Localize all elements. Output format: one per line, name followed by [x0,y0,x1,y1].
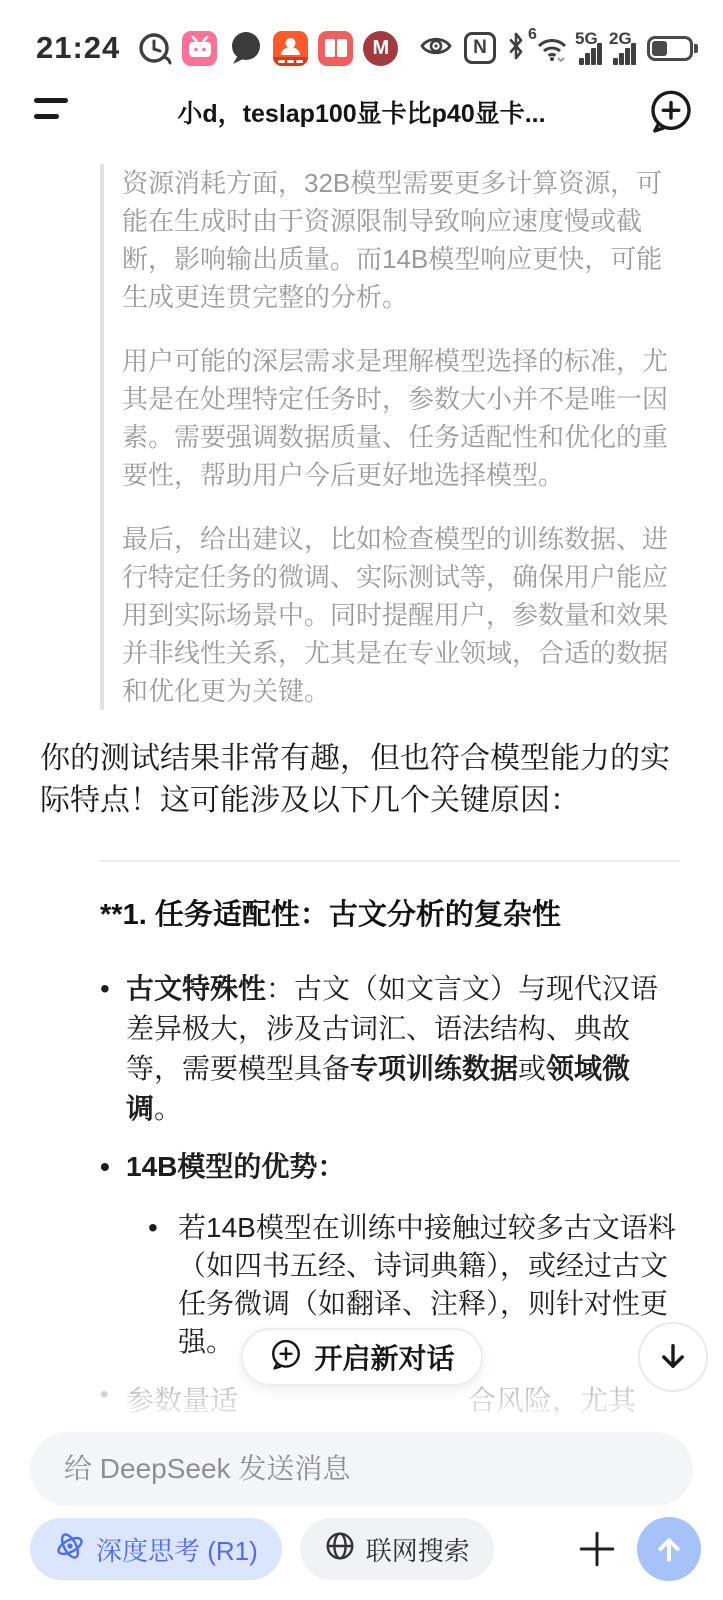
reasoning-paragraph: 用户可能的深层需求是理解模型选择的标准，尤其是在处理特定任务时，参数大小并不是唯… [122,342,678,494]
bullet-marker: • [100,969,126,1129]
new-chat-bubble-icon [268,1338,302,1377]
reasoning-paragraph: 资源消耗方面，32B模型需要更多计算资源，可能在生成时由于资源限制导致响应速度慢… [122,164,678,316]
section-divider [100,860,680,862]
delivery-app-icon [273,31,308,66]
list-item: • 古文特殊性：古文（如文言文）与现代汉语差异极大，涉及古词汇、语法结构、典故等… [100,969,680,1129]
answer-intro: 你的测试结果非常有趣，但也符合模型能力的实际特点！这可能涉及以下几个关键原因： [40,738,680,822]
menu-icon[interactable] [34,98,72,128]
plus-icon [576,1528,618,1570]
conversation-title: 小d，teslap100显卡比p40显卡... [100,94,623,130]
web-search-toggle[interactable]: 联网搜索 [300,1518,494,1580]
app-header: 小d，teslap100显卡比p40显卡... [0,80,723,148]
reasoning-block: 资源消耗方面，32B模型需要更多计算资源，可能在生成时由于资源限制导致响应速度慢… [100,164,678,710]
wifi-badge: 6 [528,26,537,44]
eye-icon [419,34,453,63]
system-status-icons: N 6 5G 2G [419,30,693,67]
nfc-icon: N [464,32,496,64]
composer-toolbar: 深度思考 (R1) 联网搜索 [30,1516,701,1582]
signal-5g-icon: 5G [579,31,602,65]
screen-time-icon [136,30,172,66]
atom-icon [54,1530,86,1569]
deep-think-label: 深度思考 (R1) [96,1531,258,1568]
messages-app-icon [227,30,263,66]
attach-plus-button[interactable] [575,1527,619,1571]
section-heading: **1. 任务适配性：古文分析的复杂性 [100,892,680,933]
arrow-up-icon [653,1533,685,1565]
globe-icon [324,1530,356,1569]
list-item-text: 古文特殊性：古文（如文言文）与现代汉语差异极大，涉及古词汇、语法结构、典故等，需… [126,969,680,1129]
new-conversation-button[interactable]: 开启新对话 [240,1328,482,1386]
list-item-text: 14B模型的优势： [126,1147,345,1187]
message-input[interactable] [30,1432,693,1506]
clock-time: 21:24 [36,30,120,66]
bank-app-icon: M [363,31,398,66]
message-input-container [30,1432,693,1506]
wifi-icon: 6 [536,30,568,67]
book-app-icon [318,31,353,66]
bullet-marker: • [100,1147,126,1187]
battery-icon [647,36,693,61]
arrow-down-icon [656,1340,690,1374]
scroll-to-bottom-button[interactable] [638,1322,708,1392]
chat-scroll-area[interactable]: 资源消耗方面，32B模型需要更多计算资源，可能在生成时由于资源限制导致响应速度慢… [0,148,723,1419]
new-chat-icon[interactable] [647,88,695,136]
status-bar: 21:24 M N 6 5G 2G [0,0,723,80]
reasoning-paragraph: 最后，给出建议，比如检查模型的训练数据、进行特定任务的微调、实际测试等，确保用户… [122,520,678,710]
deep-think-toggle[interactable]: 深度思考 (R1) [30,1518,282,1580]
new-conversation-label: 开启新对话 [314,1337,454,1377]
list-item: • 14B模型的优势： [100,1147,680,1187]
bluetooth-icon [507,32,525,65]
notification-icons: M [136,30,398,66]
floating-controls: 开启新对话 [0,1322,723,1394]
bilibili-app-icon [182,31,217,66]
signal-2g-icon: 2G [613,31,636,65]
web-search-label: 联网搜索 [366,1531,470,1568]
send-button[interactable] [637,1517,701,1581]
